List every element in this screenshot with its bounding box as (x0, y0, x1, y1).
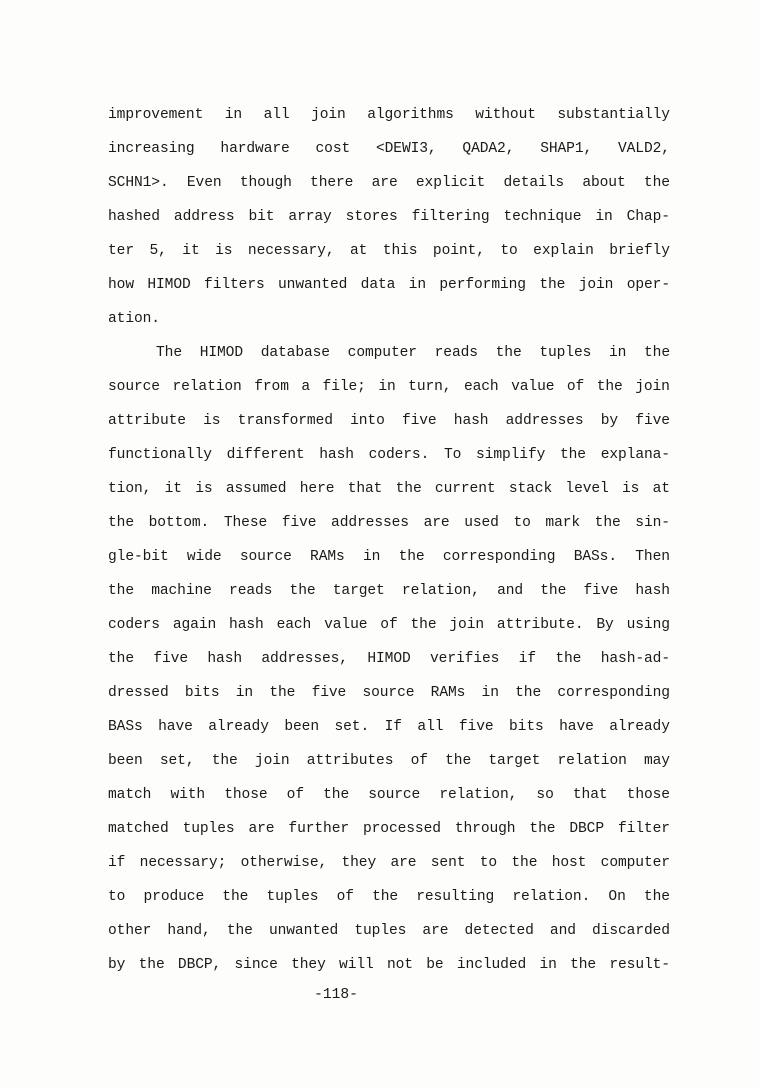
word: transformed (238, 404, 333, 438)
word: explana- (601, 438, 670, 472)
word: will (339, 948, 374, 982)
word: there (310, 166, 353, 200)
word: The (156, 336, 182, 370)
word: hash-ad- (601, 642, 670, 676)
word: 5, (149, 234, 166, 268)
word: in (595, 200, 612, 234)
word: five (635, 404, 670, 438)
word: attribute (108, 404, 186, 438)
word: they (291, 948, 326, 982)
text-line: thefivehashaddresses,HIMODverifiesiftheh… (108, 642, 670, 676)
word: not (387, 948, 413, 982)
word: hash (229, 608, 264, 642)
word: from (254, 370, 289, 404)
word: result- (609, 948, 670, 982)
word: technique (503, 200, 581, 234)
word: gle-bit (108, 540, 169, 574)
text-line: SCHN1>.Eventhoughthereareexplicitdetails… (108, 166, 670, 200)
word: source (362, 676, 414, 710)
word: RAMs (310, 540, 345, 574)
word: by (108, 948, 125, 982)
word: at (350, 234, 367, 268)
word: the (515, 676, 541, 710)
word: hash (319, 438, 354, 472)
word: SHAP1, (540, 132, 592, 166)
word: simplify (476, 438, 545, 472)
word: the (540, 574, 566, 608)
word: explain (533, 234, 594, 268)
word: <DEWI3, (376, 132, 437, 166)
word: bottom. (149, 506, 210, 540)
word: it (165, 472, 182, 506)
word: corresponding (557, 676, 670, 710)
word: so (536, 778, 553, 812)
word: wide (187, 540, 222, 574)
word: sent (431, 846, 466, 880)
word: the (560, 438, 586, 472)
word: is (622, 472, 639, 506)
word: that (348, 472, 383, 506)
text-line: beenset,thejoinattributesofthetargetrela… (108, 744, 670, 778)
word: here (300, 472, 335, 506)
word: five (312, 676, 347, 710)
word: the (529, 812, 555, 846)
word: verifies (430, 642, 499, 676)
word: all (417, 710, 443, 744)
word: current (435, 472, 496, 506)
word: filter (618, 812, 670, 846)
word: been (108, 744, 143, 778)
word: point, (433, 234, 485, 268)
word: the (212, 744, 238, 778)
word: database (261, 336, 330, 370)
word: level (565, 472, 608, 506)
word: the (372, 880, 398, 914)
word: detected (465, 914, 534, 948)
word: have (559, 710, 594, 744)
text-line: otherhand,theunwantedtuplesaredetectedan… (108, 914, 670, 948)
word: are (424, 506, 450, 540)
word: the (496, 336, 522, 370)
word: sin- (635, 506, 670, 540)
word: explicit (416, 166, 485, 200)
word: source (240, 540, 292, 574)
text-line: ation. (108, 302, 670, 336)
word: join (449, 608, 484, 642)
word: improvement (108, 98, 203, 132)
word: stack (509, 472, 552, 506)
text-line: increasinghardwarecost<DEWI3,QADA2,SHAP1… (108, 132, 670, 166)
text-line: dressedbitsinthefivesourceRAMsinthecorre… (108, 676, 670, 710)
word: hash (635, 574, 670, 608)
word: DBCP (569, 812, 604, 846)
word: without (475, 98, 536, 132)
text-line: TheHIMODdatabasecomputerreadsthetuplesin… (108, 336, 670, 370)
word: of (411, 744, 428, 778)
word: five (459, 710, 494, 744)
word: in (539, 948, 556, 982)
word: HIMOD (147, 268, 190, 302)
word: the (290, 574, 316, 608)
word: with (170, 778, 205, 812)
word: stores (346, 200, 398, 234)
word: BASs. (574, 540, 617, 574)
word: if (519, 642, 536, 676)
word: processed (363, 812, 441, 846)
word: host (552, 846, 587, 880)
word: ation. (108, 302, 160, 336)
word: and (550, 914, 576, 948)
word: the (323, 778, 349, 812)
word: turn, (408, 370, 451, 404)
word: source (108, 370, 160, 404)
word: mark (545, 506, 580, 540)
word: relation (172, 370, 241, 404)
word: are (390, 846, 416, 880)
word: the (511, 846, 537, 880)
word: of (567, 370, 584, 404)
text-line: tion,itisassumedherethatthecurrentstackl… (108, 472, 670, 506)
word: hash (207, 642, 242, 676)
word: produce (144, 880, 205, 914)
word: again (173, 608, 216, 642)
text-line: themachinereadsthetargetrelation,andthef… (108, 574, 670, 608)
word: reads (435, 336, 478, 370)
word: matched (108, 812, 169, 846)
word: addresses, (261, 642, 348, 676)
word: address (174, 200, 235, 234)
word: relation (558, 744, 627, 778)
word: reads (229, 574, 272, 608)
word: To (444, 438, 461, 472)
word: By (596, 608, 613, 642)
word: the (108, 642, 134, 676)
text-line: thebottom.Thesefiveaddressesareusedtomar… (108, 506, 670, 540)
word: functionally (108, 438, 212, 472)
word: On (608, 880, 625, 914)
word: the (222, 880, 248, 914)
word: be (426, 948, 443, 982)
word: are (422, 914, 448, 948)
word: though (240, 166, 292, 200)
word: machine (151, 574, 212, 608)
word: of (337, 880, 354, 914)
word: tuples (266, 880, 318, 914)
word: computer (601, 846, 670, 880)
word: the (269, 676, 295, 710)
text-line: matchedtuplesarefurtherprocessedthrought… (108, 812, 670, 846)
word: cost (316, 132, 351, 166)
word: target (488, 744, 540, 778)
word: relation, (439, 778, 517, 812)
page-number-label: -118- (314, 987, 358, 1003)
word: DBCP, (178, 948, 221, 982)
word: resulting (416, 880, 494, 914)
text-line: codersagainhasheachvalueofthejoinattribu… (108, 608, 670, 642)
word: tuples (354, 914, 406, 948)
word: otherwise, (241, 846, 328, 880)
word: the (445, 744, 471, 778)
word: the (570, 948, 596, 982)
word: the (227, 914, 253, 948)
word: the (597, 370, 623, 404)
word: and (497, 574, 523, 608)
word: a (301, 370, 310, 404)
word: through (455, 812, 516, 846)
word: target (333, 574, 385, 608)
word: the (399, 540, 425, 574)
word: in (409, 268, 426, 302)
text-line: functionallydifferenthashcoders.Tosimpli… (108, 438, 670, 472)
word: bit (248, 200, 274, 234)
word: used (464, 506, 499, 540)
word: data (361, 268, 396, 302)
word: HIMOD (200, 336, 243, 370)
word: join (311, 98, 346, 132)
word: necessary; (140, 846, 227, 880)
word: join (255, 744, 290, 778)
text-line: toproducethetuplesoftheresultingrelation… (108, 880, 670, 914)
word: unwanted (278, 268, 347, 302)
word: to (480, 846, 497, 880)
word: each (464, 370, 499, 404)
word: corresponding (443, 540, 556, 574)
word: the (396, 472, 422, 506)
word: tion, (108, 472, 151, 506)
word: coders (108, 608, 160, 642)
word: about (582, 166, 625, 200)
word: VALD2, (618, 132, 670, 166)
word: further (288, 812, 349, 846)
word: already (208, 710, 269, 744)
text-line: hashedaddressbitarraystoresfilteringtech… (108, 200, 670, 234)
word: are (248, 812, 274, 846)
document-page: improvementinalljoinalgorithmswithoutsub… (0, 0, 760, 1089)
text-line: sourcerelationfromafile;inturn,eachvalue… (108, 370, 670, 404)
word: relation, (402, 574, 480, 608)
word: of (380, 608, 397, 642)
word: QADA2, (462, 132, 514, 166)
word: those (224, 778, 267, 812)
word: the (644, 336, 670, 370)
text-line: ter5,itisnecessary,atthispoint,toexplain… (108, 234, 670, 268)
word: how (108, 268, 134, 302)
word: in (609, 336, 626, 370)
word: already (609, 710, 670, 744)
word: unwanted (269, 914, 338, 948)
word: this (383, 234, 418, 268)
word: that (573, 778, 608, 812)
word: addresses (506, 404, 584, 438)
word: the (555, 642, 581, 676)
word: to (500, 234, 517, 268)
word: into (350, 404, 385, 438)
text-line: BASshavealreadybeenset.Ifallfivebitshave… (108, 710, 670, 744)
word: If (385, 710, 402, 744)
word: the (539, 268, 565, 302)
word: details (503, 166, 564, 200)
word: the (108, 506, 134, 540)
word: is (215, 234, 232, 268)
word: hashed (108, 200, 160, 234)
word: different (227, 438, 305, 472)
word: the (595, 506, 621, 540)
word: join (579, 268, 614, 302)
word: by (601, 404, 618, 438)
word: to (108, 880, 125, 914)
word: bits (185, 676, 220, 710)
word: match (108, 778, 151, 812)
word: bits (509, 710, 544, 744)
word: the (644, 880, 670, 914)
word: coders. (369, 438, 430, 472)
word: HIMOD (367, 642, 410, 676)
word: hash (454, 404, 489, 438)
word: discarded (592, 914, 670, 948)
body-text: improvementinalljoinalgorithmswithoutsub… (108, 98, 670, 982)
word: Then (635, 540, 670, 574)
word: performing (439, 268, 526, 302)
word: the (108, 574, 134, 608)
word: may (644, 744, 670, 778)
word: filters (204, 268, 265, 302)
word: Even (187, 166, 222, 200)
text-line: gle-bitwidesourceRAMsinthecorrespondingB… (108, 540, 670, 574)
word: those (627, 778, 670, 812)
word: if (108, 846, 125, 880)
word: value (324, 608, 367, 642)
word: in (363, 540, 380, 574)
word: substantially (557, 98, 670, 132)
word: set, (160, 744, 195, 778)
word: in (225, 98, 242, 132)
word: they (341, 846, 376, 880)
word: filtering (412, 200, 490, 234)
word: the (139, 948, 165, 982)
word: value (511, 370, 554, 404)
word: tuples (539, 336, 591, 370)
word: included (457, 948, 526, 982)
word: been (284, 710, 319, 744)
word: Chap- (627, 200, 670, 234)
word: all (264, 98, 290, 132)
text-line: attributeistransformedintofivehashaddres… (108, 404, 670, 438)
word: increasing (108, 132, 195, 166)
word: computer (348, 336, 417, 370)
word: using (627, 608, 670, 642)
text-line: improvementinalljoinalgorithmswithoutsub… (108, 98, 670, 132)
word: have (158, 710, 193, 744)
text-line: ifnecessary;otherwise,theyaresenttotheho… (108, 846, 670, 880)
page-number: -118- (0, 987, 760, 1003)
word: necessary, (248, 234, 335, 268)
word: briefly (609, 234, 670, 268)
word: is (195, 472, 212, 506)
word: five (153, 642, 188, 676)
word: attributes (307, 744, 394, 778)
word: file; (323, 370, 366, 404)
word: five (282, 506, 317, 540)
word: BASs (108, 710, 143, 744)
word: the (644, 166, 670, 200)
word: each (277, 608, 312, 642)
word: join (635, 370, 670, 404)
word: attribute. (497, 608, 584, 642)
word: addresses (331, 506, 409, 540)
word: five (402, 404, 437, 438)
word: the (411, 608, 437, 642)
word: hand, (167, 914, 210, 948)
text-line: bytheDBCP,sincetheywillnotbeincludedinth… (108, 948, 670, 982)
word: algorithms (367, 98, 454, 132)
word: SCHN1>. (108, 166, 169, 200)
word: hardware (220, 132, 289, 166)
word: array (288, 200, 331, 234)
word: other (108, 914, 151, 948)
word: set. (334, 710, 369, 744)
word: of (287, 778, 304, 812)
word: oper- (627, 268, 670, 302)
word: These (224, 506, 267, 540)
text-line: matchwiththoseofthesourcerelation,sothat… (108, 778, 670, 812)
word: five (583, 574, 618, 608)
word: in (482, 676, 499, 710)
word: is (203, 404, 220, 438)
word: tuples (183, 812, 235, 846)
word: source (368, 778, 420, 812)
word: in (236, 676, 253, 710)
word: are (372, 166, 398, 200)
word: it (182, 234, 199, 268)
word: in (378, 370, 395, 404)
word: assumed (226, 472, 287, 506)
word: ter (108, 234, 134, 268)
word: relation. (512, 880, 590, 914)
text-line: howHIMODfiltersunwanteddatainperformingt… (108, 268, 670, 302)
word: at (653, 472, 670, 506)
word: dressed (108, 676, 169, 710)
word: RAMs (431, 676, 466, 710)
word: since (235, 948, 278, 982)
word: to (513, 506, 530, 540)
